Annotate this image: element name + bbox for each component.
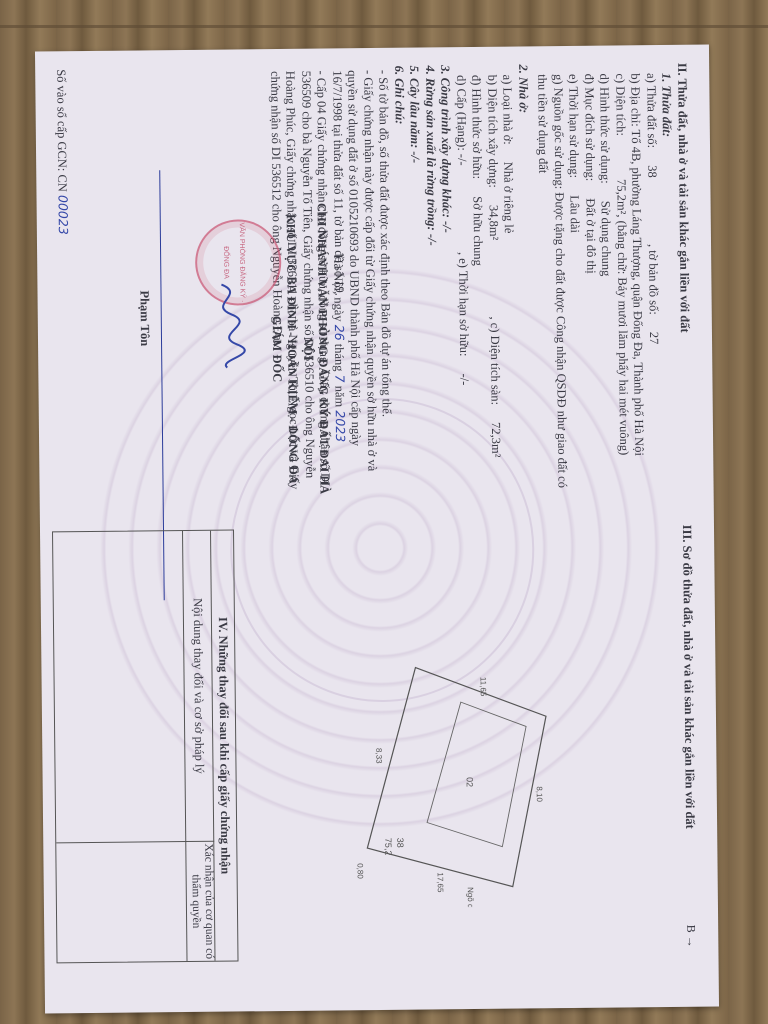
address-label: b) Địa chỉ:	[629, 73, 644, 127]
purpose-label: đ) Mục đích sử dụng:	[582, 74, 597, 182]
svg-text:17,65: 17,65	[436, 872, 445, 893]
org-line-2: KHU VỰC BA ĐÌNH - HOÀN KIẾM - ĐỐNG ĐA	[283, 199, 302, 499]
house-type-value: Nhà ở riêng lẻ	[500, 162, 516, 234]
north-label: B	[684, 925, 698, 933]
map-label: , tờ bản đồ số:	[646, 244, 661, 315]
usage-form-value: Sử dụng chung	[598, 201, 614, 277]
svg-text:8,33: 8,33	[374, 748, 383, 764]
term-value: Lâu dài	[567, 195, 583, 233]
changes-table: IV. Những thay đổi sau khi cấp giấy chứn…	[52, 529, 239, 963]
floor-seam	[0, 25, 768, 28]
parcel-value: 38	[644, 165, 660, 178]
svg-text:0,80: 0,80	[355, 863, 364, 879]
floor-area-value: 72,3m²	[487, 422, 503, 458]
rotated-content: II. Thửa đất, nhà ở và tài sản khác gắn …	[35, 44, 719, 1013]
built-area-value: 34,8m²	[485, 205, 501, 241]
grade-value: -/-	[455, 154, 469, 166]
date-year: 2023	[333, 410, 348, 442]
svg-text:38: 38	[395, 838, 405, 848]
ownership-label: đ) Hình thức sở hữu:	[470, 75, 485, 179]
house-type-label: a) Loại nhà ở:	[501, 75, 516, 145]
svg-text:8,10: 8,10	[535, 786, 544, 802]
area-label: c) Diện tích:	[613, 73, 628, 136]
registry-value: 00023	[55, 195, 70, 235]
registry-label: Số vào sổ cấp GCN: CN	[54, 69, 69, 192]
year-label: năm	[332, 386, 346, 408]
svg-text:11,65: 11,65	[479, 677, 488, 697]
signature-block: Hà Nội, ngày 26 tháng 7 năm 2023 CHI NHÁ…	[267, 198, 349, 499]
registry-number: Số vào sổ cấp GCN: CN 00023	[53, 69, 71, 235]
term-label: e) Thời hạn sử dụng:	[567, 74, 582, 178]
area-value: 75,2m², (bằng chữ: Bảy mươi lăm phẩy hai…	[613, 179, 631, 455]
purpose-value: Đất ở tại đô thị	[582, 198, 598, 274]
parcel-diagram: 02 38 75,2 8,10 11,65 17,65 8,33 0,80 Ng…	[345, 646, 568, 908]
date-day: 26	[332, 325, 347, 341]
column-divider	[56, 841, 186, 843]
signer-name: Phạm Tôn	[136, 290, 152, 346]
org-line-1: CHI NHÁNH VĂN PHÒNG ĐĂNG KÝ ĐẤT ĐAI HÀ N…	[298, 198, 332, 498]
svg-text:02: 02	[465, 777, 475, 787]
parcel-label: a) Thửa đất số:	[644, 73, 659, 148]
month-label: tháng	[332, 344, 346, 372]
north-arrow: B →	[683, 925, 699, 948]
owner-term-label: , e) Thời hạn sở hữu:	[456, 252, 471, 357]
svg-text:75,2: 75,2	[383, 838, 393, 856]
ownership-value: Sở hữu chung	[470, 196, 486, 266]
svg-text:Ngõ dt: Ngõ dt	[466, 887, 475, 908]
signature-scribble	[201, 279, 252, 370]
grade-label: d) Cấp (Hạng):	[454, 75, 469, 151]
certificate-sheet: II. Thửa đất, nhà ở và tài sản khác gắn …	[35, 44, 719, 1013]
origin-label: g) Nguồn gốc sử dụng:	[551, 74, 566, 189]
col-confirmation-header: Xác nhận của cơ quan có thẩm quyền	[185, 842, 215, 961]
usage-form-label: d) Hình thức sử dụng:	[598, 74, 613, 184]
col-changes-header: Nội dung thay đổi và cơ sở pháp lý	[182, 531, 214, 842]
map-value: 27	[645, 332, 661, 345]
date-month: 7	[332, 375, 347, 383]
built-area-label: b) Diện tích xây dựng:	[485, 75, 500, 188]
date-prefix: Hà Nội, ngày	[331, 255, 346, 322]
owner-term-value: -/-	[456, 373, 472, 385]
floor-area-label: , c) Diện tích sàn:	[488, 316, 503, 405]
